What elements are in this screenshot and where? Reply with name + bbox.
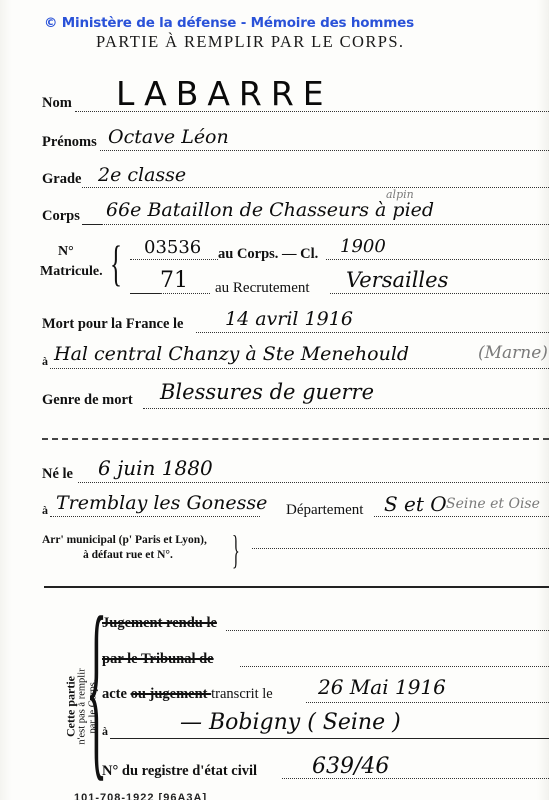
arrondissement-line bbox=[252, 548, 549, 549]
tribunal-label: par le Tribunal de bbox=[102, 651, 214, 668]
naissance-date-line bbox=[78, 482, 549, 483]
mort-lieu-prefix: à bbox=[42, 354, 48, 369]
au-corps-line bbox=[130, 259, 218, 260]
acte-label-a: acte bbox=[102, 686, 131, 702]
naissance-lieu-line bbox=[50, 516, 260, 517]
section-separator-2 bbox=[44, 586, 549, 588]
corps-label: Corps bbox=[42, 208, 80, 225]
prenoms-label: Prénoms bbox=[42, 134, 97, 151]
corps-annotation: alpin bbox=[386, 188, 414, 201]
matricule-label: Matricule. bbox=[40, 264, 103, 280]
acte-value: 26 Mai 1916 bbox=[318, 675, 446, 699]
grade-value: 2e classe bbox=[98, 164, 186, 186]
registre-label: N° du registre d'état civil bbox=[102, 763, 257, 780]
side-note-line-1: Cette partie bbox=[66, 647, 77, 767]
prenoms-value: Octave Léon bbox=[108, 126, 229, 148]
departement-line bbox=[374, 516, 549, 517]
genre-mort-line bbox=[143, 408, 549, 409]
tribunal-line bbox=[240, 666, 549, 667]
acte-label-struck: ou jugement bbox=[131, 686, 212, 702]
nom-label: Nom bbox=[42, 95, 72, 112]
departement-annotation: Seine et Oise bbox=[446, 496, 540, 512]
corps-value: 66e Bataillon de Chasseurs à pied bbox=[106, 199, 434, 221]
naissance-label: Né le bbox=[42, 466, 73, 483]
acte-label: acte ou jugement transcrit le bbox=[102, 686, 273, 703]
departement-label: Département bbox=[286, 502, 363, 519]
recrutement-place: Versailles bbox=[346, 268, 448, 292]
grade-line bbox=[82, 187, 549, 188]
arrondissement-label-1: Arr' municipal (p' Paris et Lyon), bbox=[42, 534, 207, 546]
mort-label: Mort pour la France le bbox=[42, 316, 183, 333]
registre-value: 639/46 bbox=[312, 754, 389, 779]
naissance-lieu: Tremblay les Gonesse bbox=[56, 492, 267, 514]
genre-mort-label: Genre de mort bbox=[42, 392, 133, 409]
recrutement-number-line bbox=[160, 293, 210, 294]
jugement-label: Jugement rendu le bbox=[102, 615, 217, 632]
acte-line bbox=[306, 702, 549, 703]
recrutement-line-start bbox=[130, 293, 160, 294]
recrutement-label: au Recrutement bbox=[215, 280, 310, 297]
matricule-brace: { bbox=[110, 234, 122, 292]
departement-value: S et O bbox=[384, 492, 447, 516]
acte-label-b: transcrit le bbox=[211, 686, 273, 702]
classe-value: 1900 bbox=[340, 236, 386, 257]
au-corps-value: 03536 bbox=[144, 237, 201, 258]
corps-line-start bbox=[82, 224, 102, 225]
naissance-lieu-prefix: à bbox=[42, 503, 48, 518]
jugement-line bbox=[226, 630, 549, 631]
document-page: © Ministère de la défense - Mémoire des … bbox=[0, 0, 549, 800]
genre-mort-value: Blessures de guerre bbox=[160, 380, 374, 404]
recrutement-place-line bbox=[330, 293, 549, 294]
print-reference: 101-708-1922 [96A3A] bbox=[74, 792, 207, 800]
classe-line bbox=[326, 259, 549, 260]
grade-label: Grade bbox=[42, 171, 81, 188]
naissance-date: 6 juin 1880 bbox=[98, 456, 213, 480]
mort-date: 14 avril 1916 bbox=[225, 308, 353, 330]
mort-date-line bbox=[196, 332, 549, 333]
mort-lieu-line bbox=[50, 368, 549, 369]
matricule-label-n: N° bbox=[58, 244, 74, 260]
au-corps-label: au Corps. — Cl. bbox=[218, 246, 318, 263]
section-heading: PARTIE À REMPLIR PAR LE CORPS. bbox=[96, 32, 404, 52]
transcription-lieu-prefix: à bbox=[102, 724, 108, 739]
transcription-lieu-value: — Bobigny ( Seine ) bbox=[180, 710, 401, 735]
transcription-lieu-line bbox=[110, 738, 549, 739]
prenoms-line bbox=[100, 150, 549, 151]
arrondissement-label-2: à défaut rue et N°. bbox=[83, 549, 173, 561]
mort-lieu: Hal central Chanzy à Ste Menehould bbox=[54, 343, 409, 365]
corps-line bbox=[102, 224, 549, 225]
section-separator bbox=[42, 438, 549, 440]
nom-value: LABARRE bbox=[116, 74, 333, 113]
recrutement-number: 71 bbox=[160, 268, 188, 293]
mort-lieu-annotation: (Marne) bbox=[478, 343, 548, 363]
copyright-watermark: © Ministère de la défense - Mémoire des … bbox=[44, 15, 414, 31]
arrondissement-brace: } bbox=[232, 526, 240, 573]
